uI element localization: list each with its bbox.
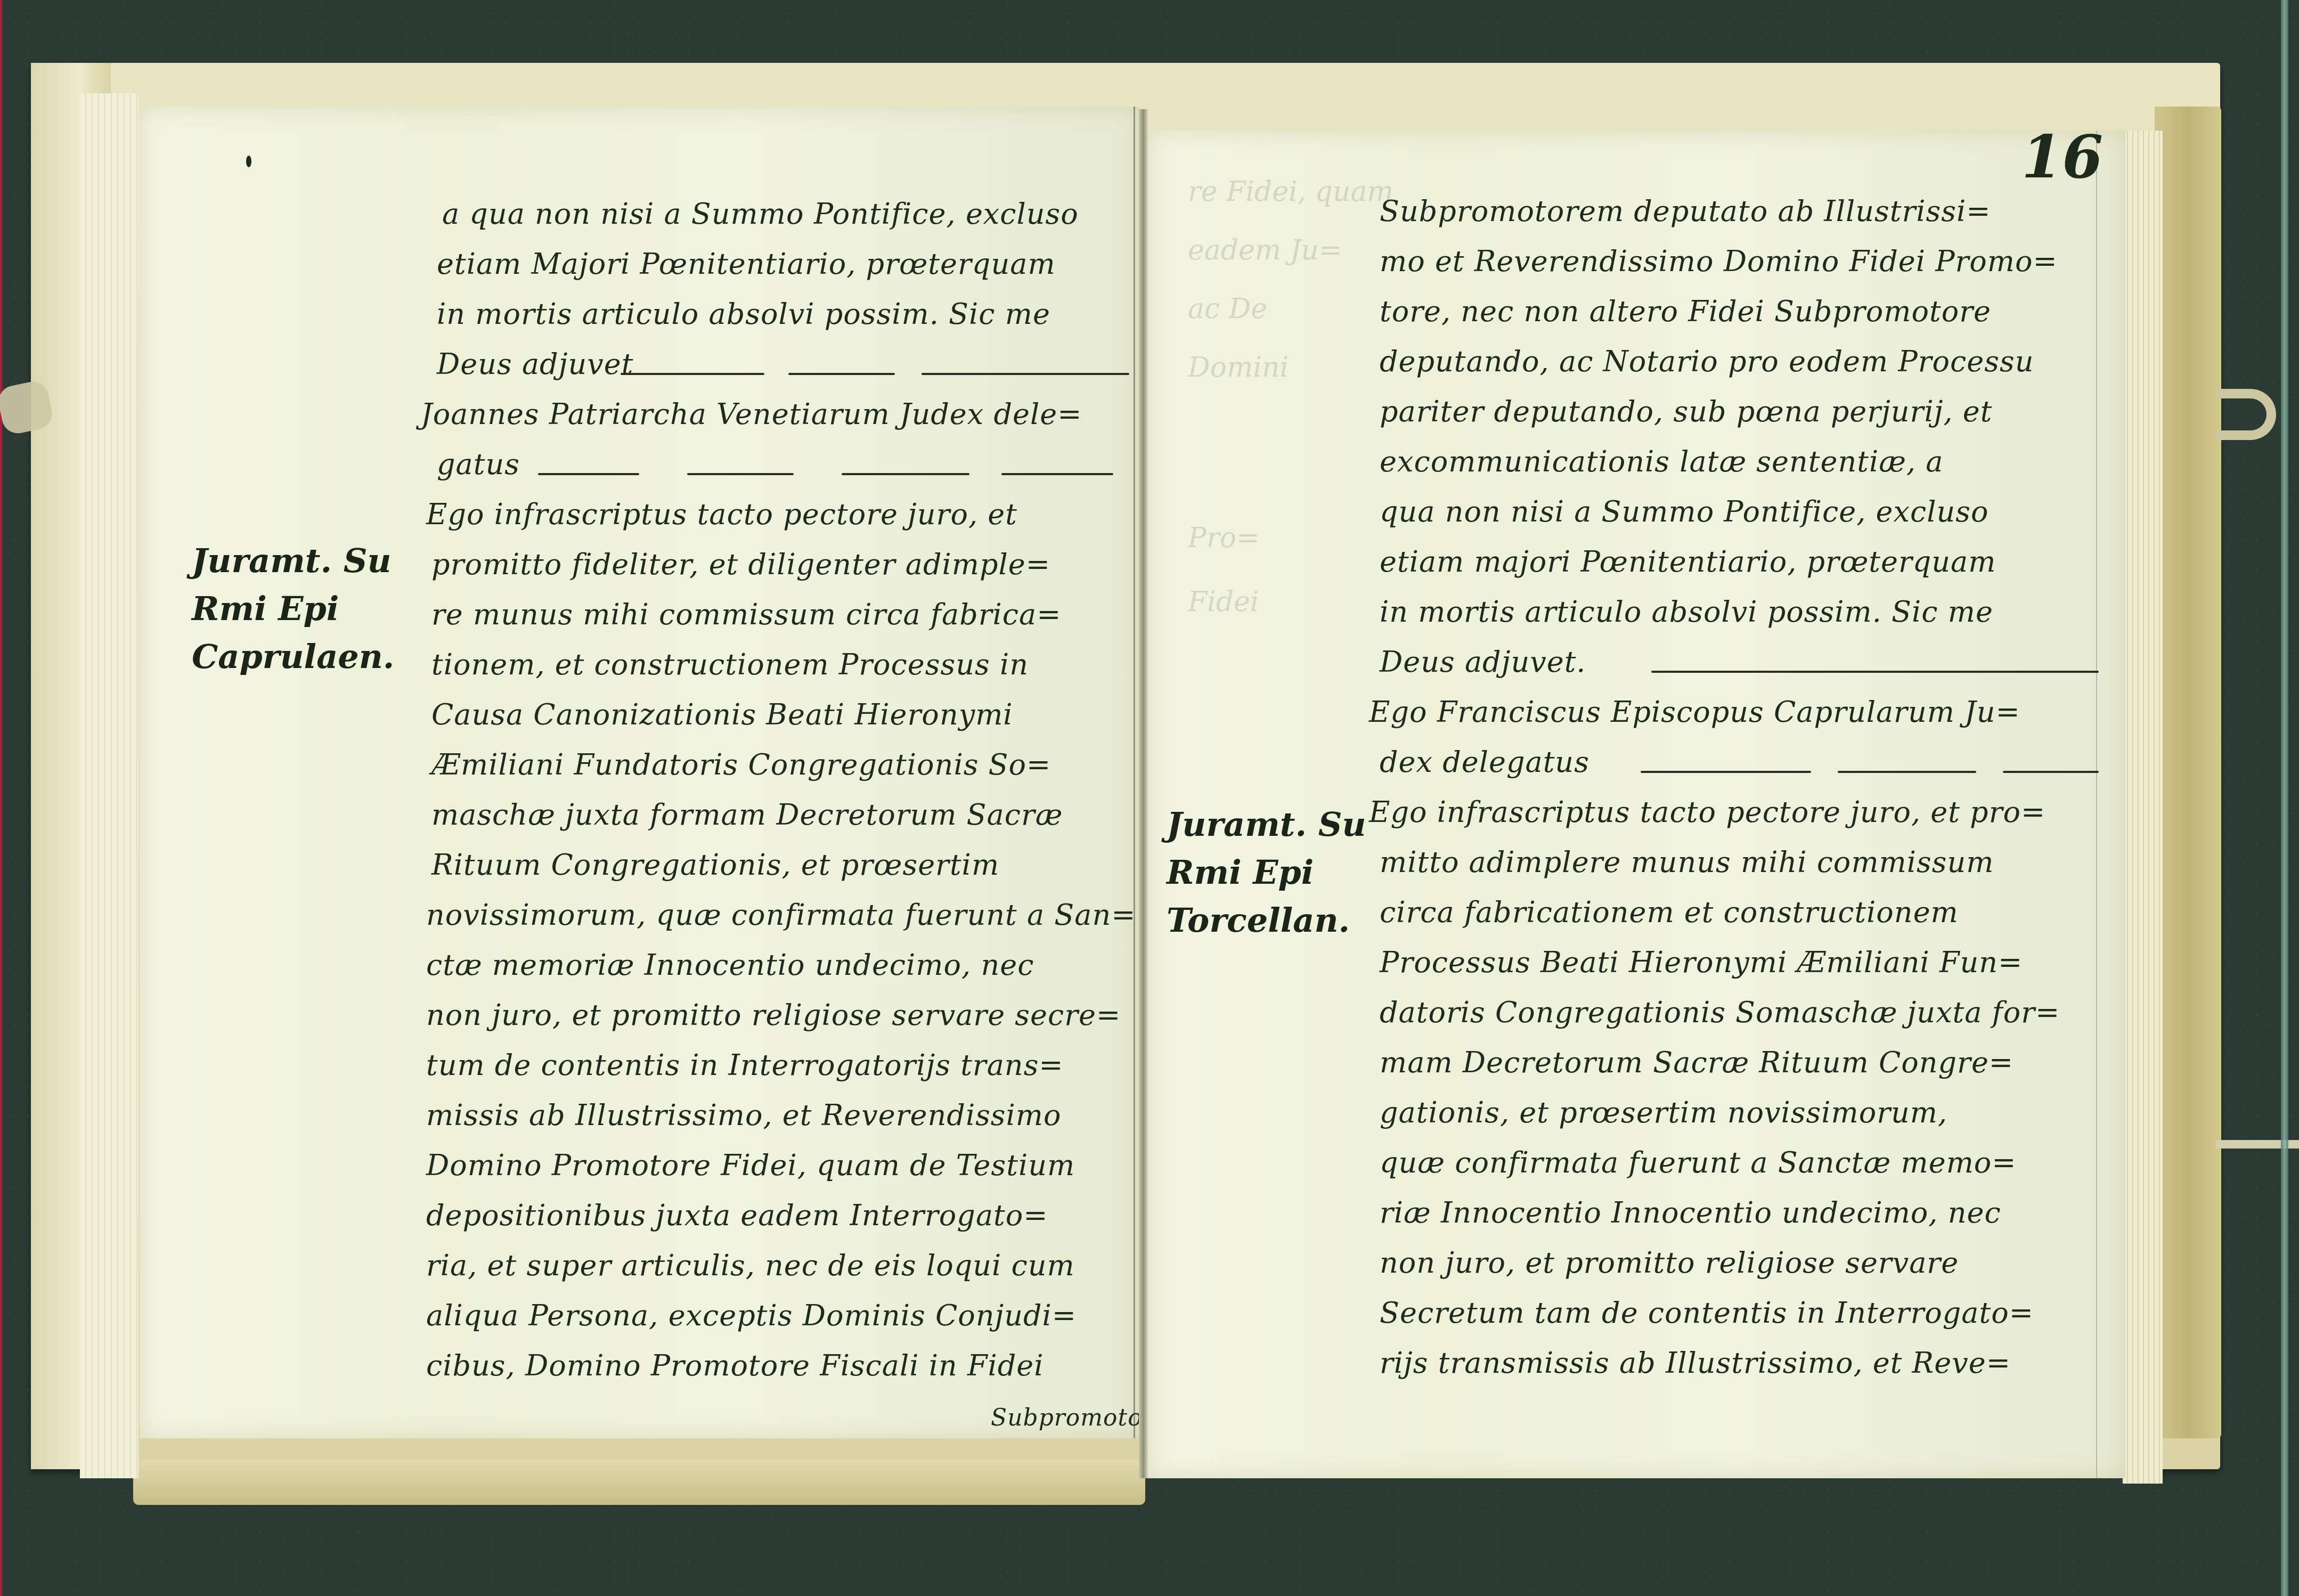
binding-tie-right-top bbox=[2216, 389, 2276, 440]
text-line: novissimorum, quæ confirmata fuerunt a S… bbox=[426, 898, 1136, 932]
left-page-margin-rule bbox=[1134, 107, 1135, 1438]
text-line: datoris Congregationis Somaschæ juxta fo… bbox=[1380, 996, 2060, 1029]
line-filler-rule bbox=[538, 473, 639, 475]
marginal-line: Rmi Epi bbox=[192, 585, 394, 633]
bleed-through-text: re Fidei, quam bbox=[1188, 176, 1393, 208]
marginal-line: Torcellan. bbox=[1167, 897, 1366, 944]
text-line: rijs transmissis ab Illustrissimo, et Re… bbox=[1380, 1346, 2011, 1380]
ink-blot bbox=[246, 156, 251, 167]
text-line: ctæ memoriæ Innocentio undecimo, nec bbox=[426, 948, 1034, 982]
text-line: Processus Beati Hieronymi Æmiliani Fun= bbox=[1380, 946, 2023, 979]
bleed-through-text: Fidei bbox=[1188, 586, 1259, 618]
text-line: non juro, et promitto religiose servare … bbox=[426, 998, 1121, 1032]
scan-edge-marker bbox=[0, 0, 2, 1596]
bleed-through-text: Domini bbox=[1188, 352, 1289, 384]
text-line: re munus mihi commissum circa fabrica= bbox=[431, 598, 1062, 631]
text-line: Causa Canonizationis Beati Hieronymi bbox=[431, 698, 1013, 731]
text-line: mo et Reverendissimo Domino Fidei Promo= bbox=[1380, 245, 2058, 278]
text-line: Domino Promotore Fidei, quam de Testium bbox=[426, 1149, 1075, 1182]
line-filler-rule bbox=[687, 473, 794, 475]
cover-flap-right bbox=[2155, 107, 2221, 1438]
text-line: deputando, ac Notario pro eodem Processu bbox=[1380, 345, 2034, 378]
bleed-through-text: Pro= bbox=[1188, 522, 1260, 554]
text-line: pariter deputando, sub pœna perjurij, et bbox=[1380, 395, 1992, 428]
text-line: in mortis articulo absolvi possim. Sic m… bbox=[437, 297, 1050, 331]
text-line: tum de contentis in Interrogatorijs tran… bbox=[426, 1048, 1064, 1082]
text-line: Ego infrascriptus tacto pectore juro, et… bbox=[1369, 795, 2045, 829]
text-line: mam Decretorum Sacræ Rituum Congre= bbox=[1380, 1046, 2013, 1079]
bleed-through-text: eadem Ju= bbox=[1188, 234, 1342, 266]
text-line: Secretum tam de contentis in Interrogato… bbox=[1380, 1296, 2034, 1330]
marginal-line: Juramt. Su bbox=[192, 537, 394, 585]
text-line: cibus, Domino Promotore Fiscali in Fidei bbox=[426, 1349, 1044, 1382]
text-line: in mortis articulo absolvi possim. Sic m… bbox=[1380, 595, 1993, 629]
page-stack-right bbox=[2123, 131, 2163, 1484]
line-filler-rule bbox=[922, 373, 1129, 375]
right-marginal-note: Juramt. Su Rmi Epi Torcellan. bbox=[1167, 801, 1366, 944]
text-line: dex delegatus bbox=[1380, 745, 1589, 779]
left-marginal-note: Juramt. Su Rmi Epi Caprulaen. bbox=[192, 537, 394, 681]
text-line: non juro, et promitto religiose servare bbox=[1380, 1246, 1959, 1280]
text-line: Joannes Patriarcha Venetiarum Judex dele… bbox=[421, 397, 1082, 431]
text-line: Æmiliani Fundatoris Congregationis So= bbox=[431, 748, 1051, 781]
book-gutter bbox=[1139, 109, 1148, 1478]
text-line: Deus adjuvet bbox=[437, 347, 633, 381]
text-line: qua non nisi a Summo Pontifice, excluso bbox=[1380, 495, 1988, 528]
text-line: maschæ juxta formam Decretorum Sacræ bbox=[431, 798, 1063, 832]
folio-number: 16 bbox=[2021, 123, 2103, 191]
text-line: promitto fideliter, et diligenter adimpl… bbox=[431, 548, 1050, 581]
text-line: Subpromotorem deputato ab Illustrissi= bbox=[1380, 194, 1991, 228]
text-line: mitto adimplere munus mihi commissum bbox=[1380, 845, 1994, 879]
marginal-line: Caprulaen. bbox=[192, 633, 394, 681]
line-filler-rule bbox=[2003, 771, 2099, 773]
text-line: etiam majori Pœnitentiario, prœterquam bbox=[1380, 545, 1996, 579]
text-line: quæ confirmata fuerunt a Sanctæ memo= bbox=[1380, 1146, 2017, 1179]
marginal-line: Rmi Epi bbox=[1167, 849, 1366, 897]
text-line: riæ Innocentio Innocentio undecimo, nec bbox=[1380, 1196, 2001, 1229]
text-line: gatus bbox=[437, 447, 520, 481]
line-filler-rule bbox=[788, 373, 895, 375]
text-line: Ego infrascriptus tacto pectore juro, et bbox=[426, 498, 1017, 531]
line-filler-rule bbox=[1651, 671, 2099, 673]
text-line: circa fabricationem et constructionem bbox=[1380, 895, 1959, 929]
line-filler-rule bbox=[842, 473, 969, 475]
text-line: ria, et super articulis, nec de eis loqu… bbox=[426, 1249, 1075, 1282]
right-page-margin-rule bbox=[2096, 131, 2097, 1478]
text-line: aliqua Persona, exceptis Dominis Conjudi… bbox=[426, 1299, 1077, 1332]
marginal-line: Juramt. Su bbox=[1167, 801, 1366, 849]
line-filler-rule bbox=[1001, 473, 1113, 475]
text-line: missis ab Illustrissimo, et Reverendissi… bbox=[426, 1098, 1062, 1132]
text-line: tionem, et constructionem Processus in bbox=[431, 648, 1029, 681]
text-line: a qua non nisi a Summo Pontifice, exclus… bbox=[442, 197, 1079, 231]
text-line: gationis, et prœsertim novissimorum, bbox=[1380, 1096, 1947, 1129]
text-line: Deus adjuvet. bbox=[1380, 645, 1586, 679]
text-line: depositionibus juxta eadem Interrogato= bbox=[426, 1199, 1048, 1232]
cover-turn-in-bottom bbox=[133, 1460, 1145, 1505]
page-stack-left bbox=[80, 93, 138, 1478]
text-line: Ego Franciscus Episcopus Caprularum Ju= bbox=[1369, 695, 2020, 729]
text-line: etiam Majori Pœnitentiario, prœterquam bbox=[437, 247, 1056, 281]
glass-plate-edge bbox=[2281, 0, 2288, 1596]
line-filler-rule bbox=[1641, 771, 1811, 773]
text-line: tore, nec non altero Fidei Subpromotore bbox=[1380, 295, 1991, 328]
bleed-through-text: ac De bbox=[1188, 293, 1267, 325]
line-filler-rule bbox=[1838, 771, 1976, 773]
line-filler-rule bbox=[621, 373, 764, 375]
text-line: Rituum Congregationis, et prœsertim bbox=[431, 848, 999, 882]
text-line: excommunicationis latæ sententiæ, a bbox=[1380, 445, 1943, 478]
